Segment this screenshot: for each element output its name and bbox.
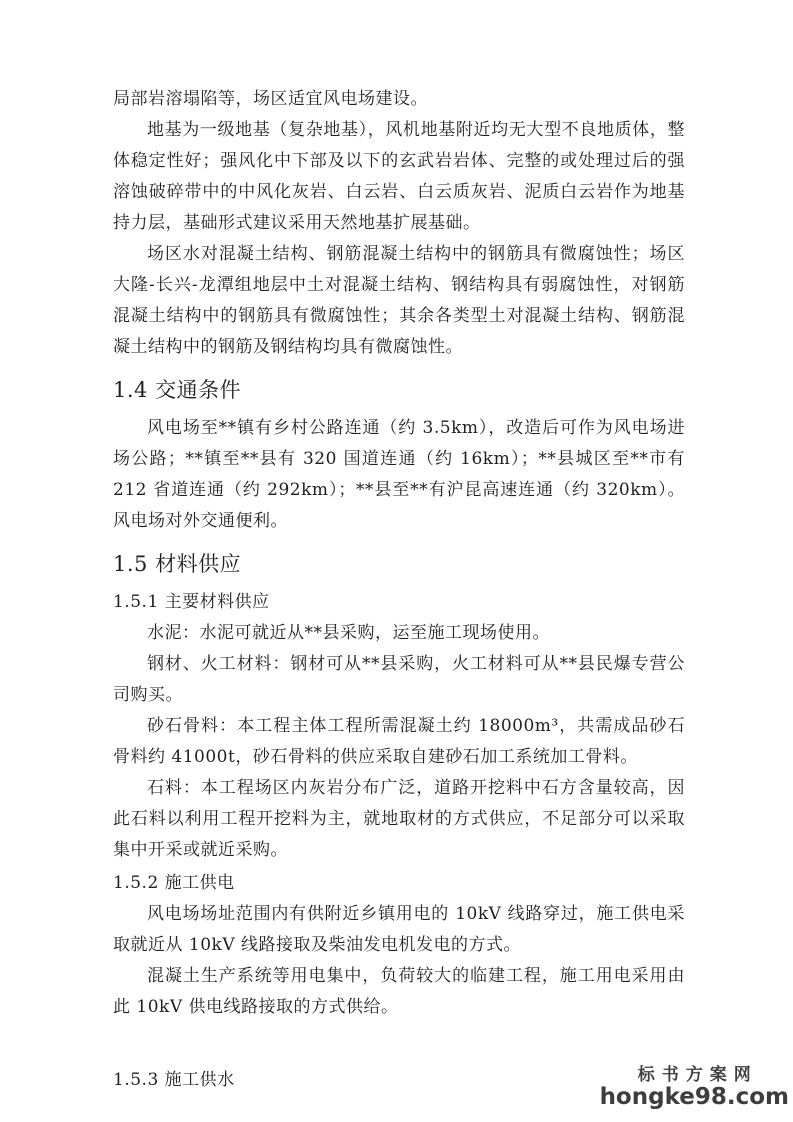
subsection-heading-construction-power: 1.5.2 施工供电 [113, 868, 685, 899]
paragraph-corrosivity: 场区水对混凝土结构、钢筋混凝土结构中的钢筋具有微腐蚀性；场区大隆-长兴-龙潭组地… [113, 239, 685, 363]
paragraph-karst-site-suitability: 局部岩溶塌陷等，场区适宜风电场建设。 [113, 84, 685, 115]
document-content: 局部岩溶塌陷等，场区适宜风电场建设。 地基为一级地基（复杂地基），风机地基附近均… [113, 84, 685, 1096]
section-heading-material-supply: 1.5 材料供应 [113, 550, 685, 578]
subsection-heading-main-material-supply: 1.5.1 主要材料供应 [113, 587, 685, 618]
paragraph-steel-explosives-supply: 钢材、火工材料：钢材可从**县采购，火工材料可从**县民爆专营公司购买。 [113, 649, 685, 711]
watermark-site-name: 标书方案网 [600, 1066, 789, 1085]
paragraph-power-10kv-line: 风电场场址范围内有供附近乡镇用电的 10kV 线路穿过，施工供电采取就近从 10… [113, 899, 685, 961]
paragraph-power-concrete-system: 混凝土生产系统等用电集中，负荷较大的临建工程，施工用电采用由此 10kV 供电线… [113, 961, 685, 1023]
paragraph-road-connections: 风电场至**镇有乡村公路连通（约 3.5km），改造后可作为风电场进场公路；**… [113, 413, 685, 537]
paragraph-cement-supply: 水泥：水泥可就近从**县采购，运至施工现场使用。 [113, 618, 685, 649]
paragraph-foundation-geology: 地基为一级地基（复杂地基），风机地基附近均无大型不良地质体，整体稳定性好；强风化… [113, 115, 685, 239]
document-page: 局部岩溶塌陷等，场区适宜风电场建设。 地基为一级地基（复杂地基），风机地基附近均… [0, 0, 793, 1122]
paragraph-stone-supply: 石料：本工程场区内灰岩分布广泛，道路开挖料中石方含量较高，因此石料以利用工程开挖… [113, 773, 685, 866]
paragraph-aggregate-supply: 砂石骨料：本工程主体工程所需混凝土约 18000m³，共需成品砂石骨料约 410… [113, 711, 685, 773]
watermark: 标书方案网 hongke98.com [600, 1066, 789, 1110]
section-heading-traffic-conditions: 1.4 交通条件 [113, 376, 685, 404]
watermark-site-url: hongke98.com [600, 1085, 789, 1110]
